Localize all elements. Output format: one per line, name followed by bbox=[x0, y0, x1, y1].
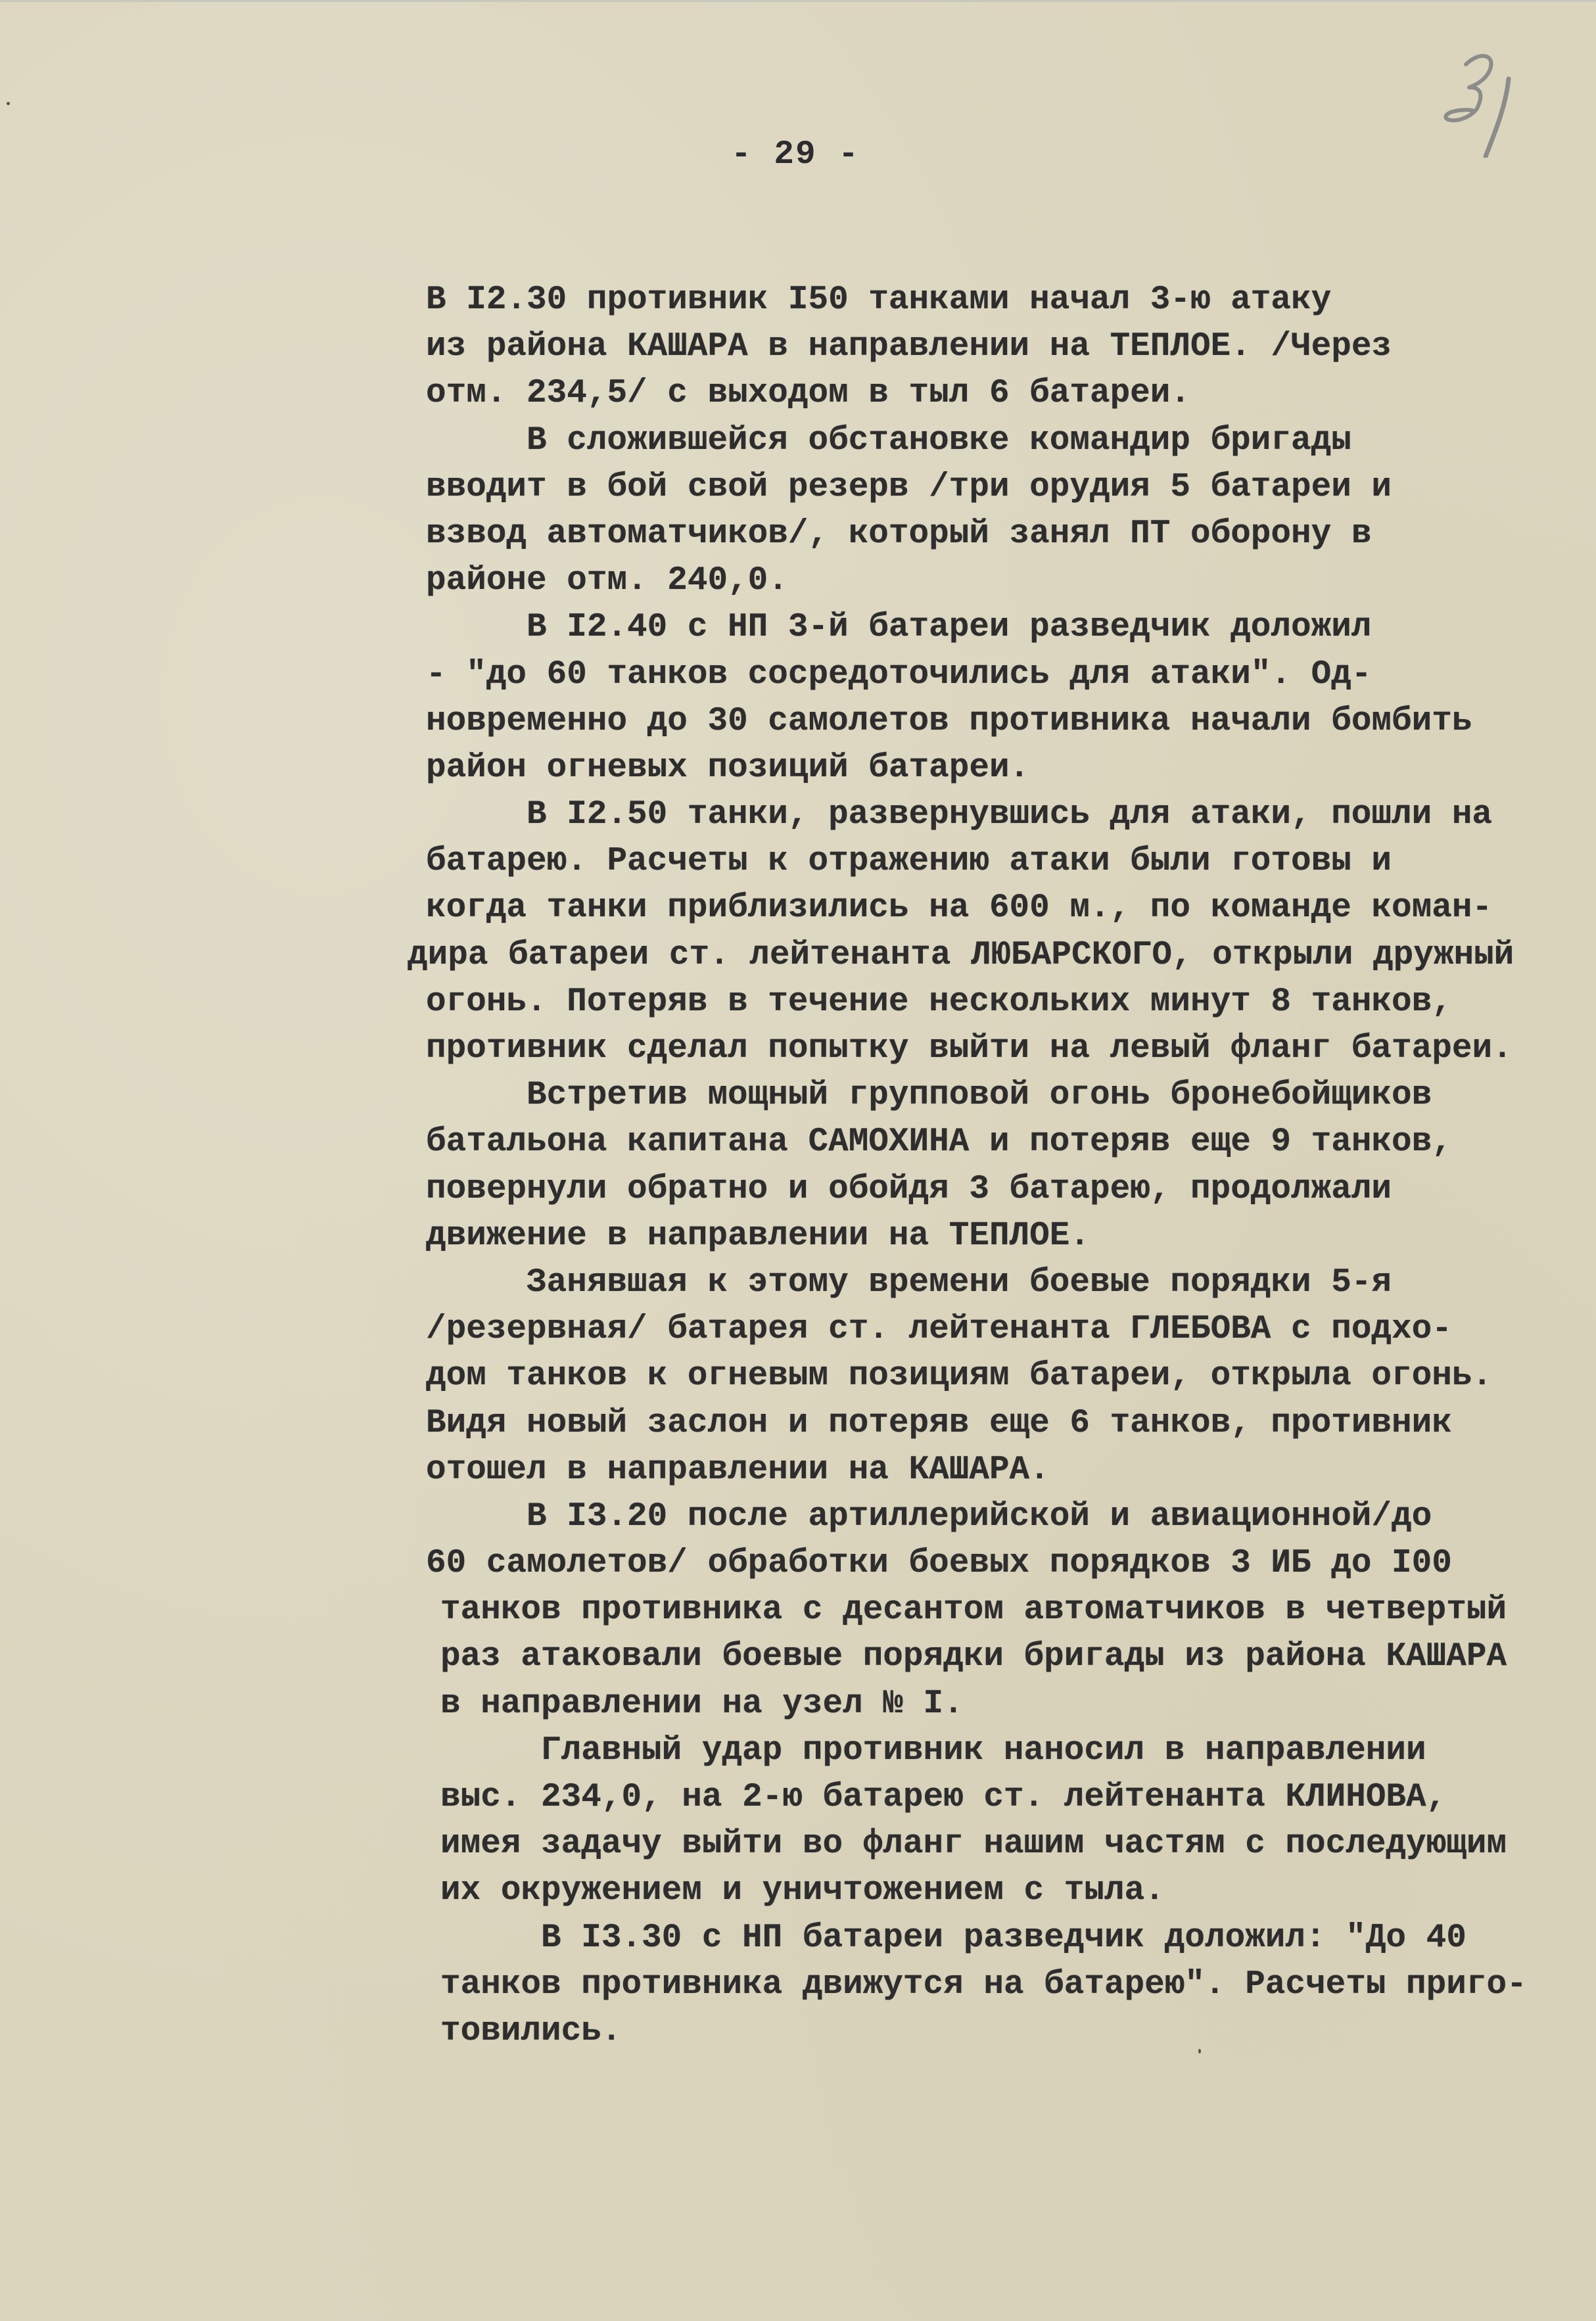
text-line: батальона капитана САМОХИНА и потеряв ещ… bbox=[426, 1119, 1583, 1165]
text-line: товились. bbox=[440, 2008, 1583, 2055]
text-line: взвод автоматчиков/, который занял ПТ об… bbox=[426, 511, 1583, 557]
paragraph-first-line: В I2.50 танки, развернувшись для атаки, … bbox=[426, 791, 1583, 838]
paragraph-first-line: В I3.20 после артиллерийской и авиационн… bbox=[426, 1493, 1583, 1540]
text-line: танков противника с десантом автоматчико… bbox=[440, 1587, 1583, 1633]
text-line: движение в направлении на ТЕПЛОЕ. bbox=[426, 1213, 1583, 1259]
text-line: батарею. Расчеты к отражению атаки были … bbox=[426, 838, 1583, 885]
text-line: Видя новый заслон и потеряв еще 6 танков… bbox=[426, 1400, 1583, 1447]
text-line: дом танков к огневым позициям батареи, о… bbox=[426, 1353, 1583, 1399]
paragraph-first-line: Встретив мощный групповой огонь бронебой… bbox=[426, 1072, 1583, 1119]
text-line: дира батареи ст. лейтенанта ЛЮБАРСКОГО, … bbox=[408, 932, 1583, 979]
text-line: отошел в направлении на КАШАРА. bbox=[426, 1447, 1583, 1493]
handwritten-folio-number: 31 bbox=[1443, 46, 1522, 158]
paragraph-first-line: В I2.40 с НП 3-й батареи разведчик долож… bbox=[426, 604, 1583, 651]
text-line: отм. 234,5/ с выходом в тыл 6 батареи. bbox=[426, 370, 1583, 417]
text-line: В I2.30 противник I50 танками начал 3-ю … bbox=[426, 277, 1583, 323]
text-line: - "до 60 танков сосредоточились для атак… bbox=[426, 651, 1583, 698]
text-line: район огневых позиций батареи. bbox=[426, 745, 1583, 791]
text-line: когда танки приблизились на 600 м., по к… bbox=[426, 885, 1583, 931]
ink-speck bbox=[1198, 2049, 1201, 2053]
text-line: /резервная/ батарея ст. лейтенанта ГЛЕБО… bbox=[426, 1306, 1583, 1353]
paragraph-first-line: Главный удар противник наносил в направл… bbox=[440, 1727, 1583, 1774]
paragraph-first-line: В I3.30 с НП батареи разведчик доложил: … bbox=[440, 1915, 1583, 1961]
text-line: повернули обратно и обойдя 3 батарею, пр… bbox=[426, 1166, 1583, 1213]
text-line: новременно до 30 самолетов противника на… bbox=[426, 698, 1583, 745]
text-line: из района КАШАРА в направлении на ТЕПЛОЕ… bbox=[426, 323, 1583, 370]
text-line: в направлении на узел № I. bbox=[440, 1681, 1583, 1727]
text-line: районе отм. 240,0. bbox=[426, 557, 1583, 604]
text-line: огонь. Потеряв в течение нескольких мину… bbox=[426, 979, 1583, 1025]
paragraph-first-line: Занявшая к этому времени боевые порядки … bbox=[426, 1259, 1583, 1306]
text-line: выс. 234,0, на 2-ю батарею ст. лейтенант… bbox=[440, 1774, 1583, 1821]
text-line: имея задачу выйти во фланг нашим частям … bbox=[440, 1821, 1583, 1867]
text-line: их окружением и уничтожением с тыла. bbox=[440, 1867, 1583, 1914]
text-line: танков противника движутся на батарею". … bbox=[440, 1961, 1583, 2008]
scan-top-edge bbox=[0, 0, 1596, 2]
page-number: - 29 - bbox=[710, 131, 881, 178]
text-line: раз атаковали боевые порядки бригады из … bbox=[440, 1633, 1583, 1680]
text-line: вводит в бой свой резерв /три орудия 5 б… bbox=[426, 464, 1583, 511]
text-line: противник сделал попытку выйти на левый … bbox=[426, 1025, 1583, 1072]
ink-speck bbox=[7, 102, 10, 105]
paragraph-first-line: В сложившейся обстановке командир бригад… bbox=[426, 417, 1583, 464]
typewritten-body: В I2.30 противник I50 танками начал 3-ю … bbox=[426, 277, 1583, 2055]
text-line: 60 самолетов/ обработки боевых порядков … bbox=[426, 1540, 1583, 1587]
